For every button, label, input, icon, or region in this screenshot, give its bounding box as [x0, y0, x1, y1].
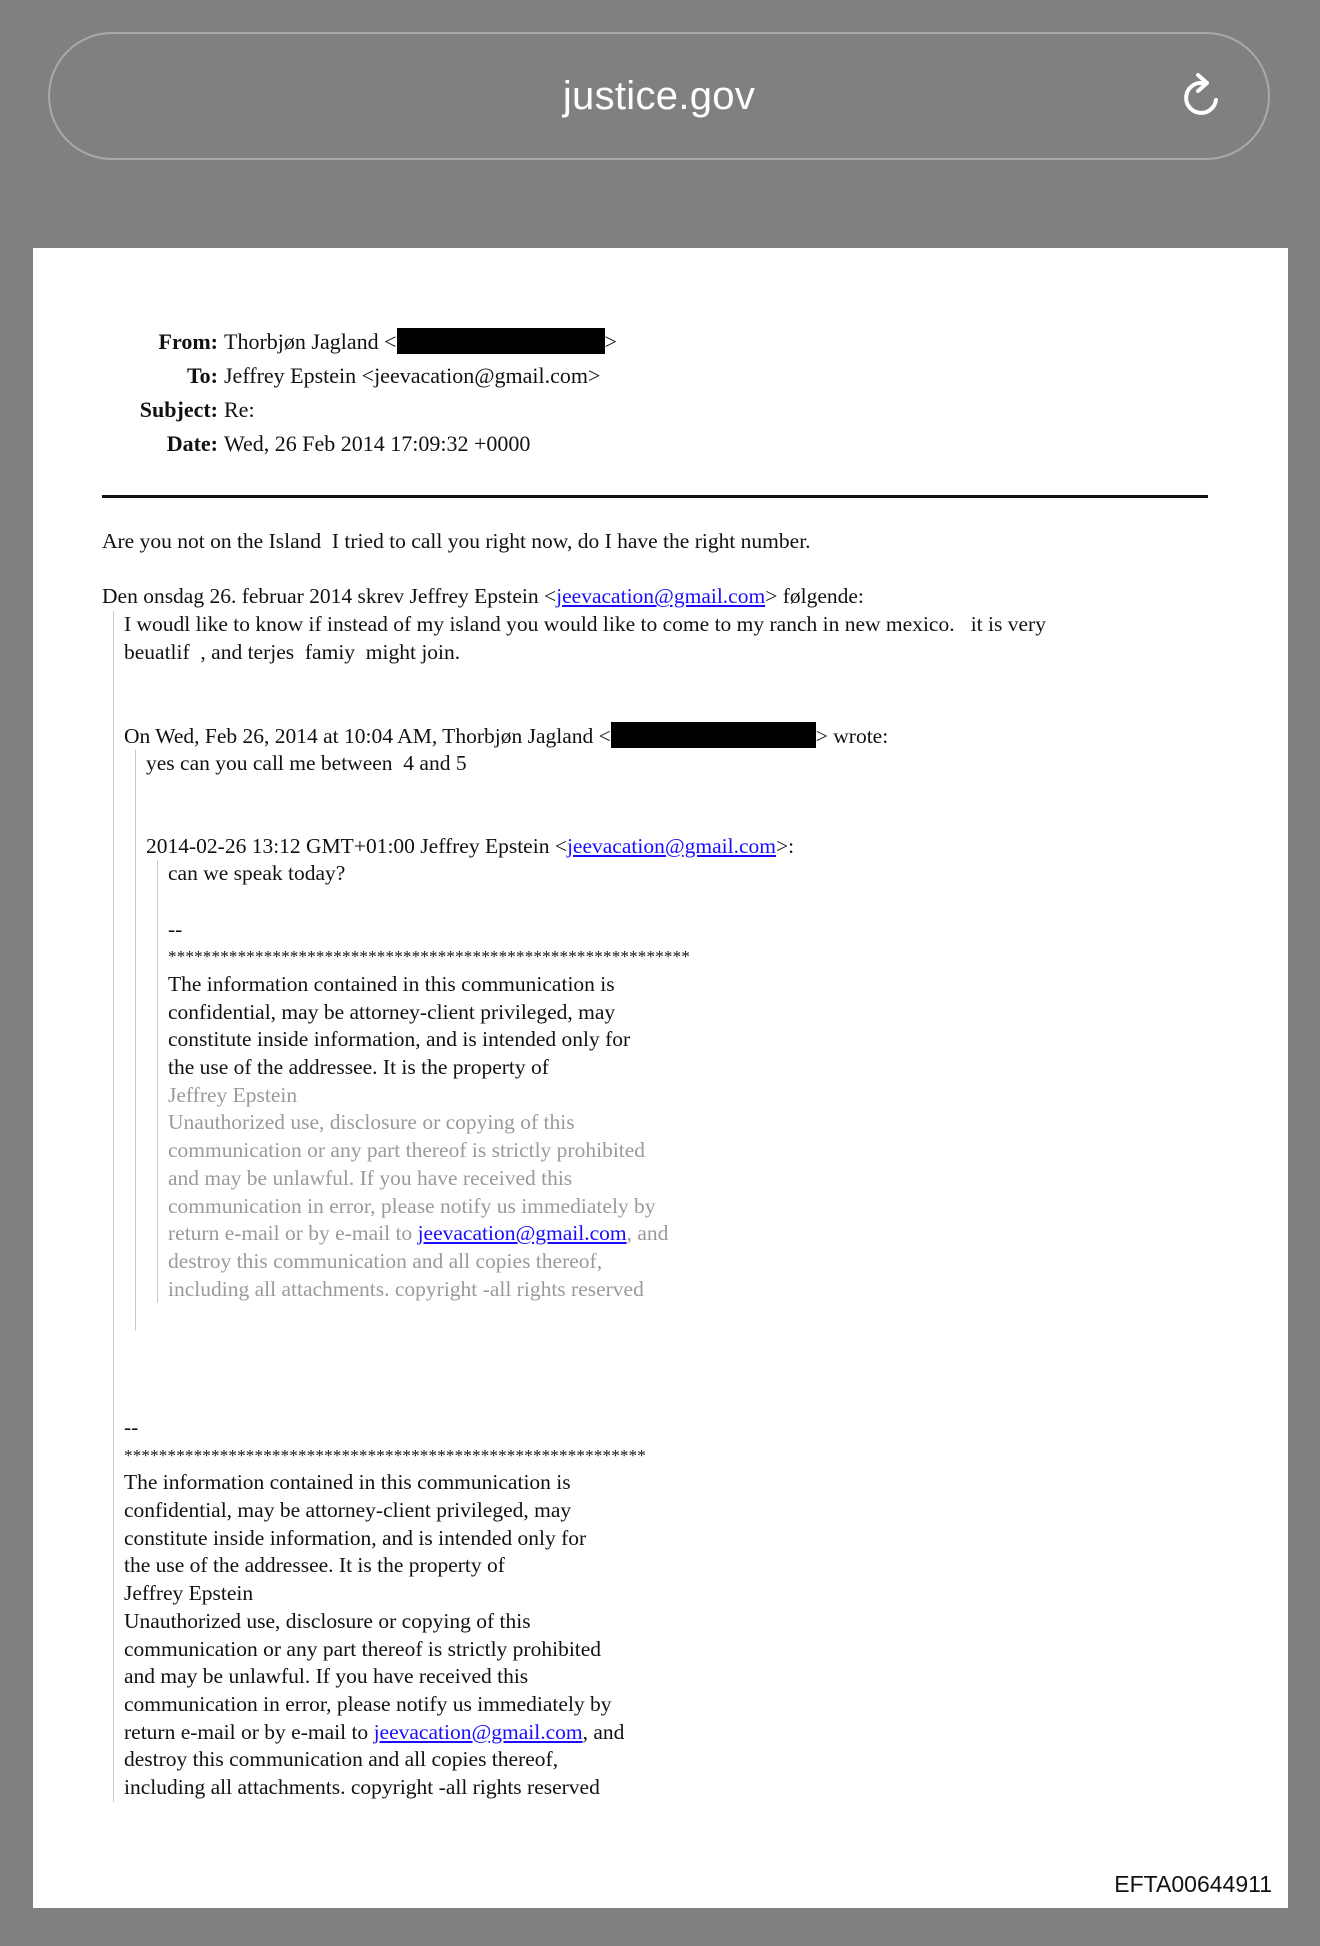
- signature-dash: --: [168, 916, 1252, 944]
- quote-level-1: I woudl like to know if instead of my is…: [113, 611, 1252, 1802]
- quote2-text: yes can you call me between 4 and 5: [146, 750, 1252, 778]
- reply-text: Are you not on the Island I tried to cal…: [102, 528, 1252, 556]
- email-link[interactable]: jeevacation@gmail.com: [556, 584, 765, 608]
- disclaimer-name: Jeffrey Epstein: [124, 1580, 1252, 1608]
- disclaimer-line: confidential, may be attorney-client pri…: [124, 1497, 1252, 1525]
- address-bar[interactable]: justice.gov: [48, 32, 1270, 160]
- url-text: justice.gov: [563, 74, 755, 119]
- quote2-attribution: On Wed, Feb 26, 2014 at 10:04 AM, Thorbj…: [124, 722, 1252, 750]
- quote3-text: can we speak today?: [168, 860, 1252, 888]
- quote1-attribution: Den onsdag 26. februar 2014 skrev Jeffre…: [102, 583, 1252, 611]
- email-link[interactable]: jeevacation@gmail.com: [567, 834, 776, 858]
- disclaimer-line: return e-mail or by e-mail to jeevacatio…: [124, 1719, 1252, 1747]
- to-label: To:: [187, 362, 218, 390]
- date-label: Date:: [167, 430, 218, 458]
- disclaimer-line: destroy this communication and all copie…: [124, 1746, 1252, 1774]
- quote-level-3: can we speak today? -- *****************…: [157, 860, 1252, 1303]
- disclaimer-line: communication in error, please notify us…: [124, 1691, 1252, 1719]
- disclaimer-line: communication in error, please notify us…: [168, 1193, 1252, 1221]
- disclaimer-line: The information contained in this commun…: [168, 971, 1252, 999]
- disclaimer-line: and may be unlawful. If you have receive…: [168, 1165, 1252, 1193]
- disclaimer-line: the use of the addressee. It is the prop…: [124, 1552, 1252, 1580]
- from-value: Thorbjøn Jagland <: [224, 329, 397, 354]
- disclaimer-line: confidential, may be attorney-client pri…: [168, 999, 1252, 1027]
- reload-icon[interactable]: [1176, 70, 1228, 122]
- disclaimer-line: destroy this communication and all copie…: [168, 1248, 1252, 1276]
- disclaimer-line: Unauthorized use, disclosure or copying …: [124, 1608, 1252, 1636]
- disclaimer-line: constitute inside information, and is in…: [168, 1026, 1252, 1054]
- email-link[interactable]: jeevacation@gmail.com: [374, 1720, 583, 1744]
- signature-stars: ****************************************…: [124, 1442, 1252, 1470]
- quote3-attribution: 2014-02-26 13:12 GMT+01:00 Jeffrey Epste…: [146, 833, 1252, 861]
- disclaimer-line: and may be unlawful. If you have receive…: [124, 1663, 1252, 1691]
- quote1-line: I woudl like to know if instead of my is…: [124, 611, 1252, 639]
- document-page: From: Thorbjøn Jagland <> To: Jeffrey Ep…: [33, 248, 1288, 1908]
- quote-level-2: yes can you call me between 4 and 5 2014…: [135, 750, 1252, 1331]
- disclaimer-line: communication or any part thereof is str…: [168, 1137, 1252, 1165]
- disclaimer-line: the use of the addressee. It is the prop…: [168, 1054, 1252, 1082]
- disclaimer-line: The information contained in this commun…: [124, 1469, 1252, 1497]
- disclaimer-line: communication or any part thereof is str…: [124, 1636, 1252, 1664]
- email-link[interactable]: jeevacation@gmail.com: [418, 1221, 627, 1245]
- redaction-box: [611, 722, 816, 748]
- disclaimer-line: including all attachments. copyright -al…: [124, 1774, 1252, 1802]
- date-value: Wed, 26 Feb 2014 17:09:32 +0000: [224, 430, 530, 458]
- disclaimer-line: constitute inside information, and is in…: [124, 1525, 1252, 1553]
- subject-label: Subject:: [140, 396, 218, 424]
- disclaimer-line: including all attachments. copyright -al…: [168, 1276, 1252, 1304]
- bates-number: EFTA00644911: [1114, 1871, 1272, 1898]
- email-body: Are you not on the Island I tried to cal…: [102, 528, 1252, 1802]
- header-divider: [102, 495, 1208, 498]
- to-value: Jeffrey Epstein <jeevacation@gmail.com>: [224, 362, 600, 390]
- from-label: From:: [159, 328, 218, 356]
- quote1-line: beuatlif , and terjes famiy might join.: [124, 639, 1252, 667]
- subject-value: Re:: [224, 396, 255, 424]
- disclaimer-line: Unauthorized use, disclosure or copying …: [168, 1109, 1252, 1137]
- disclaimer-name: Jeffrey Epstein: [168, 1082, 1252, 1110]
- disclaimer-line: return e-mail or by e-mail to jeevacatio…: [168, 1220, 1252, 1248]
- signature-stars: ****************************************…: [168, 943, 1252, 971]
- signature-dash: --: [124, 1414, 1252, 1442]
- redaction-box: [397, 328, 605, 354]
